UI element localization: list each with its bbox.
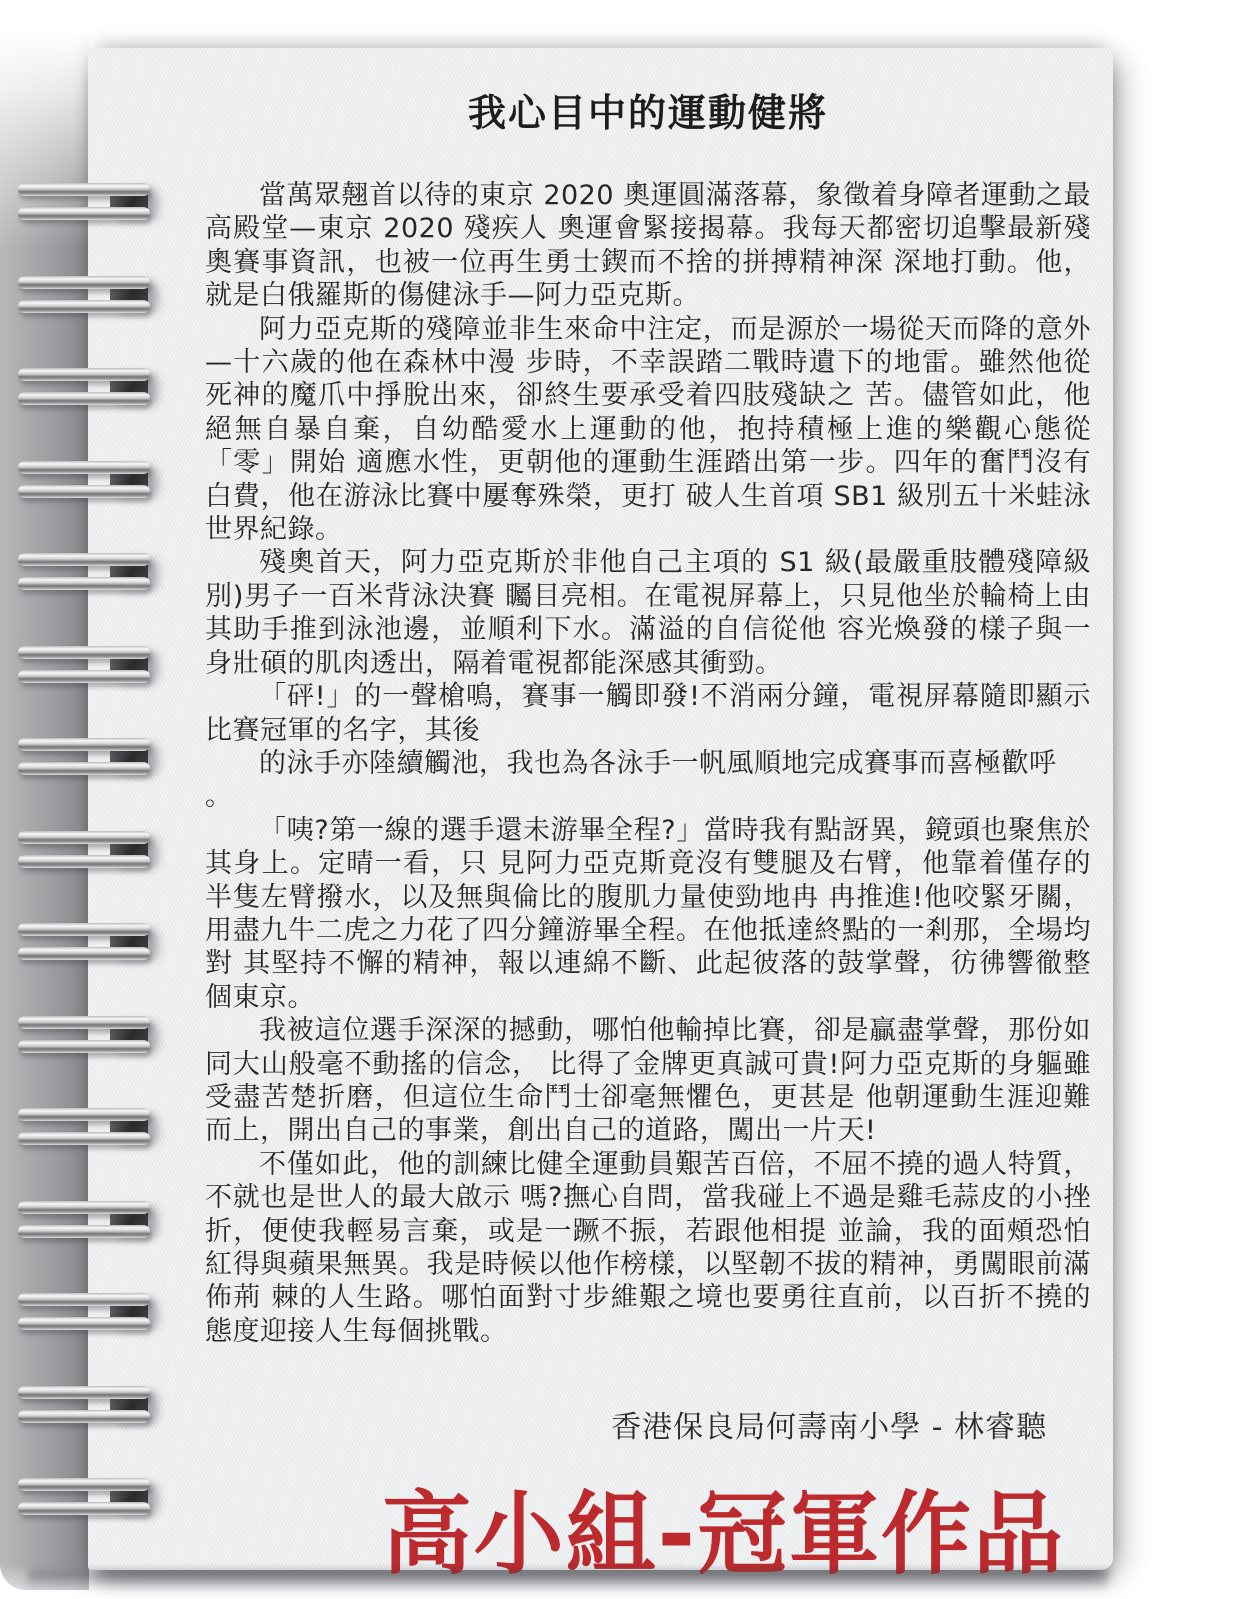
screenshot-root: 我心目中的運動健將 當萬眾翹首以待的東京 2020 奧運圓滿落幕，象徵着身障者運… <box>0 0 1244 1599</box>
essay-paragraph: 不僅如此，他的訓練比健全運動員艱苦百倍，不屈不撓的過人特質，不就也是世人的最大啟… <box>205 1148 1091 1348</box>
ring-wire <box>18 553 150 566</box>
signature-line: 香港保良局何壽南小學 - 林睿聽 <box>205 1402 1091 1446</box>
ring-wire <box>18 207 150 220</box>
ring-wire <box>18 485 150 498</box>
ring-wire <box>18 1040 150 1053</box>
spiral-ring <box>18 1293 150 1330</box>
spiral-ring <box>18 461 150 498</box>
essay-body: 當萬眾翹首以待的東京 2020 奧運圓滿落幕，象徵着身障者運動之最高殿堂—東京 … <box>205 179 1091 1348</box>
spiral-ring <box>18 368 150 405</box>
essay-title: 我心目中的運動健將 <box>205 82 1091 137</box>
ring-wire <box>18 577 150 590</box>
spiral-ring <box>18 553 150 590</box>
ring-wire <box>18 1478 150 1491</box>
ring-wire <box>18 923 150 936</box>
spiral-ring <box>18 183 150 220</box>
spiral-ring <box>18 1478 150 1515</box>
spiral-ring <box>18 831 150 868</box>
page-bottom-shadow <box>28 1570 1108 1590</box>
essay-paragraph: 。 <box>205 780 1091 813</box>
essay-paragraph: 當萬眾翹首以待的東京 2020 奧運圓滿落幕，象徵着身障者運動之最高殿堂—東京 … <box>205 179 1091 313</box>
spiral-ring <box>18 646 150 683</box>
ring-wire <box>18 738 150 751</box>
ring-wire <box>18 831 150 844</box>
spiral-ring <box>18 1108 150 1145</box>
page-content: 我心目中的運動健將 當萬眾翹首以待的東京 2020 奧運圓滿落幕，象徵着身障者運… <box>205 48 1091 1583</box>
ring-wire <box>18 1201 150 1214</box>
essay-paragraph: 「咦?第一線的選手還未游畢全程?」當時我有點訝異，鏡頭也聚焦於其身上。定晴一看，… <box>205 814 1091 1014</box>
ring-wire <box>18 1317 150 1330</box>
essay-paragraph: 阿力亞克斯的殘障並非生來命中注定，而是源於一場從天而降的意外—十六歲的他在森林中… <box>205 313 1091 547</box>
ring-wire <box>18 1386 150 1399</box>
notebook-page: 我心目中的運動健將 當萬眾翹首以待的東京 2020 奧運圓滿落幕，象徵着身障者運… <box>88 48 1113 1570</box>
ring-wire <box>18 461 150 474</box>
award-stamp: 高小組-冠軍作品 <box>205 1486 1091 1583</box>
ring-wire <box>18 855 150 868</box>
ring-wire <box>18 646 150 659</box>
spiral-ring <box>18 738 150 775</box>
ring-wire <box>18 1502 150 1515</box>
ring-wire <box>18 1293 150 1306</box>
spiral-binding <box>0 0 160 1599</box>
spiral-ring <box>18 1201 150 1238</box>
essay-paragraph: 「砰!」的一聲槍鳴，賽事一觸即發!不消兩分鐘，電視屏幕隨即顯示比賽冠軍的名字，其… <box>205 680 1091 747</box>
essay-paragraph: 的泳手亦陸續觸池，我也為各泳手一帆風順地完成賽事而喜極歡呼 <box>205 747 1091 780</box>
spiral-ring <box>18 1016 150 1053</box>
ring-wire <box>18 1016 150 1029</box>
ring-wire <box>18 947 150 960</box>
ring-wire <box>18 762 150 775</box>
spiral-ring <box>18 276 150 313</box>
spiral-ring <box>18 1386 150 1423</box>
ring-wire <box>18 368 150 381</box>
essay-paragraph: 我被這位選手深深的撼動，哪怕他輸掉比賽，卻是贏盡掌聲，那份如同大山般毫不動搖的信… <box>205 1014 1091 1148</box>
ring-wire <box>18 183 150 196</box>
ring-wire <box>18 1132 150 1145</box>
ring-wire <box>18 1108 150 1121</box>
ring-wire <box>18 392 150 405</box>
ring-wire <box>18 1225 150 1238</box>
ring-wire <box>18 670 150 683</box>
ring-wire <box>18 276 150 289</box>
ring-wire <box>18 300 150 313</box>
ring-wire <box>18 1410 150 1423</box>
essay-paragraph: 殘奧首天，阿力亞克斯於非他自己主項的 S1 級(最嚴重肢體殘障級別)男子一百米背… <box>205 546 1091 680</box>
spiral-ring <box>18 923 150 960</box>
